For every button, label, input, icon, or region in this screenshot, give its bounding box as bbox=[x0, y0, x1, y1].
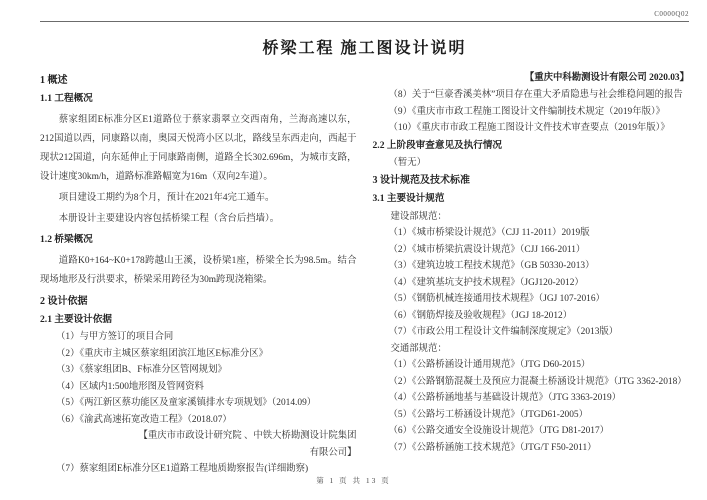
list-item: （6）《公路交通安全设施设计规范》（JTG D81-2017） bbox=[373, 425, 690, 437]
list-item: （8）关于“巨豪香溪美林”项目存在重大矛盾隐患与社会维稳问题的报告 bbox=[373, 89, 690, 101]
list-item: （5）《两江新区蔡功能区及童家溪镇排水专项规划》（2014.09） bbox=[40, 397, 357, 409]
subsection-heading: 1.1 工程概况 bbox=[40, 93, 357, 105]
subsection-heading: 2.2 上阶段审查意见及执行情况 bbox=[373, 140, 690, 152]
list-item: （1）《城市桥梁设计规范》（CJJ 11-2011）2019版 bbox=[373, 227, 690, 239]
paragraph: 蔡家组团E标准分区E1道路位于蔡家翡翠立交西南角，兰海高速以东，212国道以西，… bbox=[40, 111, 357, 187]
subsection-heading: 2.1 主要设计依据 bbox=[40, 314, 357, 326]
list-item: （1）《公路桥涵设计通用规范》（JTG D60-2015） bbox=[373, 359, 690, 371]
doc-code: C0000Q02 bbox=[40, 10, 689, 19]
list-item: （7）蔡家组团E标准分区E1道路工程地质勘察报告(详细勘察) bbox=[40, 463, 357, 475]
list-group-label: 建设部规范： bbox=[373, 211, 690, 223]
attribution-line: 【重庆市市政设计研究院 、中铁大桥勘测设计院集团 bbox=[40, 430, 357, 442]
paragraph: 道路K0+164~K0+178跨越山王溪，设桥梁1座，桥梁全长为98.5m。结合… bbox=[40, 252, 357, 290]
paragraph: 本册设计主要建设内容包括桥梁工程（含台后挡墙）。 bbox=[40, 210, 357, 229]
list-item: （5）《钢筋机械连接通用技术规程》（JGJ 107-2016） bbox=[373, 293, 690, 305]
list-item: （暂无） bbox=[373, 157, 690, 169]
list-item: （3）《建筑边坡工程技术规范》（GB 50330-2013） bbox=[373, 260, 690, 272]
document-page: C0000Q02 桥梁工程 施工图设计说明 1 概述1.1 工程概况蔡家组团E标… bbox=[0, 0, 707, 500]
list-item: （1）与甲方签订的项目合同 bbox=[40, 331, 357, 343]
list-item: （6）《渝武高速拓宽改造工程》（2018.07） bbox=[40, 414, 357, 426]
list-item: （7）《公路桥涵施工技术规范》（JTG/T F50-2011） bbox=[373, 442, 690, 454]
attribution-line: 【重庆中科勘测设计有限公司 2020.03】 bbox=[373, 72, 690, 84]
header-rule bbox=[40, 21, 689, 22]
list-item: （4）《建筑基坑支护技术规程》（JGJ120-2012） bbox=[373, 277, 690, 289]
list-item: （2）《公路钢筋混凝土及预应力混凝土桥涵设计规范》（JTG 3362-2018） bbox=[373, 376, 690, 388]
list-item: （5）《公路圬工桥涵设计规范》（JTGD61-2005） bbox=[373, 409, 690, 421]
section-heading: 1 概述 bbox=[40, 75, 357, 87]
list-item: （3）《蔡家组团B、F标准分区管网规划》 bbox=[40, 364, 357, 376]
right-column: 【重庆中科勘测设计有限公司 2020.03】（8）关于“巨豪香溪美林”项目存在重… bbox=[373, 69, 690, 480]
subsection-heading: 3.1 主要设计规范 bbox=[373, 193, 690, 205]
list-item: （6）《钢筋焊接及验收规程》（JGJ 18-2012） bbox=[373, 310, 690, 322]
page-title: 桥梁工程 施工图设计说明 bbox=[40, 35, 689, 58]
list-item: （2）《重庆市主城区蔡家组团滨江地区E标准分区》 bbox=[40, 348, 357, 360]
left-column: 1 概述1.1 工程概况蔡家组团E标准分区E1道路位于蔡家翡翠立交西南角，兰海高… bbox=[40, 69, 357, 480]
two-column-body: 1 概述1.1 工程概况蔡家组团E标准分区E1道路位于蔡家翡翠立交西南角，兰海高… bbox=[40, 69, 689, 480]
list-item: （2）《城市桥梁抗震设计规范》（CJJ 166-2011） bbox=[373, 244, 690, 256]
section-heading: 2 设计依据 bbox=[40, 296, 357, 308]
list-group-label: 交通部规范： bbox=[373, 343, 690, 355]
list-item: （4）区域内1:500地形图及管网资料 bbox=[40, 381, 357, 393]
subsection-heading: 1.2 桥梁概况 bbox=[40, 234, 357, 246]
list-item: （7）《市政公用工程设计文件编制深度规定》（2013版） bbox=[373, 326, 690, 338]
list-item: （4）《公路桥涵地基与基础设计规范》（JTG 3363-2019） bbox=[373, 392, 690, 404]
list-item: （9）《重庆市市政工程施工图设计文件编制技术规定（2019年版）》 bbox=[373, 106, 690, 118]
paragraph: 项目建设工期约为8个月，预计在2021年4完工通车。 bbox=[40, 189, 357, 208]
attribution-line: 有限公司】 bbox=[40, 447, 357, 459]
list-item: （10）《重庆市市政工程施工图设计文件技术审查要点（2019年版）》 bbox=[373, 122, 690, 134]
page-number: 第 1 页 共 13 页 bbox=[0, 475, 707, 486]
section-heading: 3 设计规范及技术标准 bbox=[373, 175, 690, 187]
